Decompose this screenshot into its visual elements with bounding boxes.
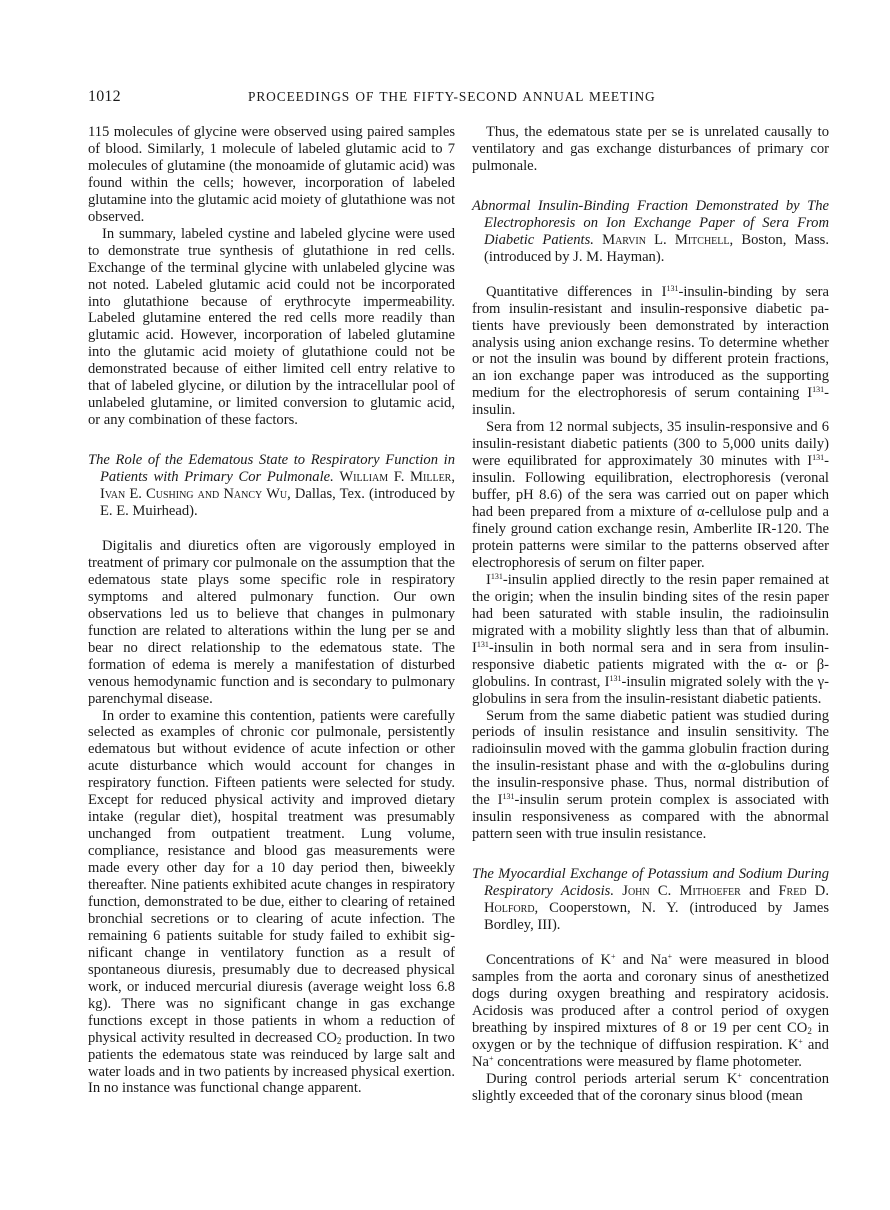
abstract-author: John C. Mithoefer xyxy=(622,883,741,899)
abstract-heading-edematous-state: The Role of the Edematous State to Respi… xyxy=(88,452,455,520)
body-text: Sera from 12 normal subjects, 35 insulin… xyxy=(472,419,829,469)
body-text: Concentrations of K xyxy=(486,952,611,968)
body-paragraph: Concentrations of K+ and Na+ were measur… xyxy=(472,952,829,1071)
body-text: -insulin-binding by sera from insulin-re… xyxy=(472,284,829,402)
abstract-heading-myocardial-exchange: The Myocardial Exchange of Potassium and… xyxy=(472,866,829,934)
superscript: 131 xyxy=(503,792,515,801)
body-text: -insulin. Following equilibration, elect… xyxy=(472,453,829,571)
heading-gap xyxy=(472,266,829,284)
continued-paragraph: 115 molecules of glycine were observed u… xyxy=(88,124,455,226)
section-gap xyxy=(88,429,455,452)
body-paragraph: Sera from 12 normal subjects, 35 insulin… xyxy=(472,419,829,572)
subscript: 2 xyxy=(337,1036,342,1046)
superscript: 131 xyxy=(812,385,824,394)
superscript: 131 xyxy=(666,284,678,293)
running-head: 1012 PROCEEDINGS OF THE FIFTY-SECOND ANN… xyxy=(88,88,828,108)
heading-gap xyxy=(472,934,829,952)
body-text: During control periods arterial serum K xyxy=(486,1071,737,1087)
body-paragraph: I131-insulin applied directly to the res… xyxy=(472,572,829,708)
superscript: 131 xyxy=(477,640,489,649)
superscript: 131 xyxy=(610,674,622,683)
abstract-authors: Marvin L. Mitchell xyxy=(602,232,729,248)
conclusion-paragraph: Thus, the edematous state per se is unre… xyxy=(472,124,829,175)
section-gap xyxy=(472,843,829,866)
superscript: 131 xyxy=(812,453,824,462)
journal-title: PROCEEDINGS OF THE FIFTY-SECOND ANNUAL M… xyxy=(248,89,656,105)
body-paragraph: Digitalis and diuretics often are vigoro… xyxy=(88,538,455,708)
right-column: Thus, the edematous state per se is unre… xyxy=(472,124,829,1105)
section-gap xyxy=(472,175,829,198)
body-paragraph: Serum from the same diabetic patient was… xyxy=(472,708,829,844)
body-text: -insulin serum protein com­plex is assoc… xyxy=(472,792,829,842)
body-text: In order to examine this contention, pat… xyxy=(88,708,455,1046)
body-paragraph: During control periods arterial serum K+… xyxy=(472,1071,829,1105)
summary-paragraph: In summary, labeled cystine and labeled … xyxy=(88,226,455,429)
abstract-heading-insulin-binding: Abnormal Insulin-Binding Fraction Demons… xyxy=(472,198,829,266)
body-text: and Na xyxy=(616,952,668,968)
conjunction: and xyxy=(741,883,779,899)
body-text: concentrations were measured by flame ph… xyxy=(494,1054,802,1070)
body-paragraph: Quantitative differences in I131-insulin… xyxy=(472,284,829,420)
abstract-location: , Cooperstown, N. Y. (intro­duced by Jam… xyxy=(484,900,829,933)
left-column: 115 molecules of glycine were observed u… xyxy=(88,124,455,1097)
body-text: Quantitative differences in I xyxy=(486,284,666,300)
body-paragraph: In order to examine this contention, pat… xyxy=(88,708,455,1098)
page-number: 1012 xyxy=(88,88,121,106)
superscript: 131 xyxy=(491,572,503,581)
heading-gap xyxy=(88,520,455,538)
